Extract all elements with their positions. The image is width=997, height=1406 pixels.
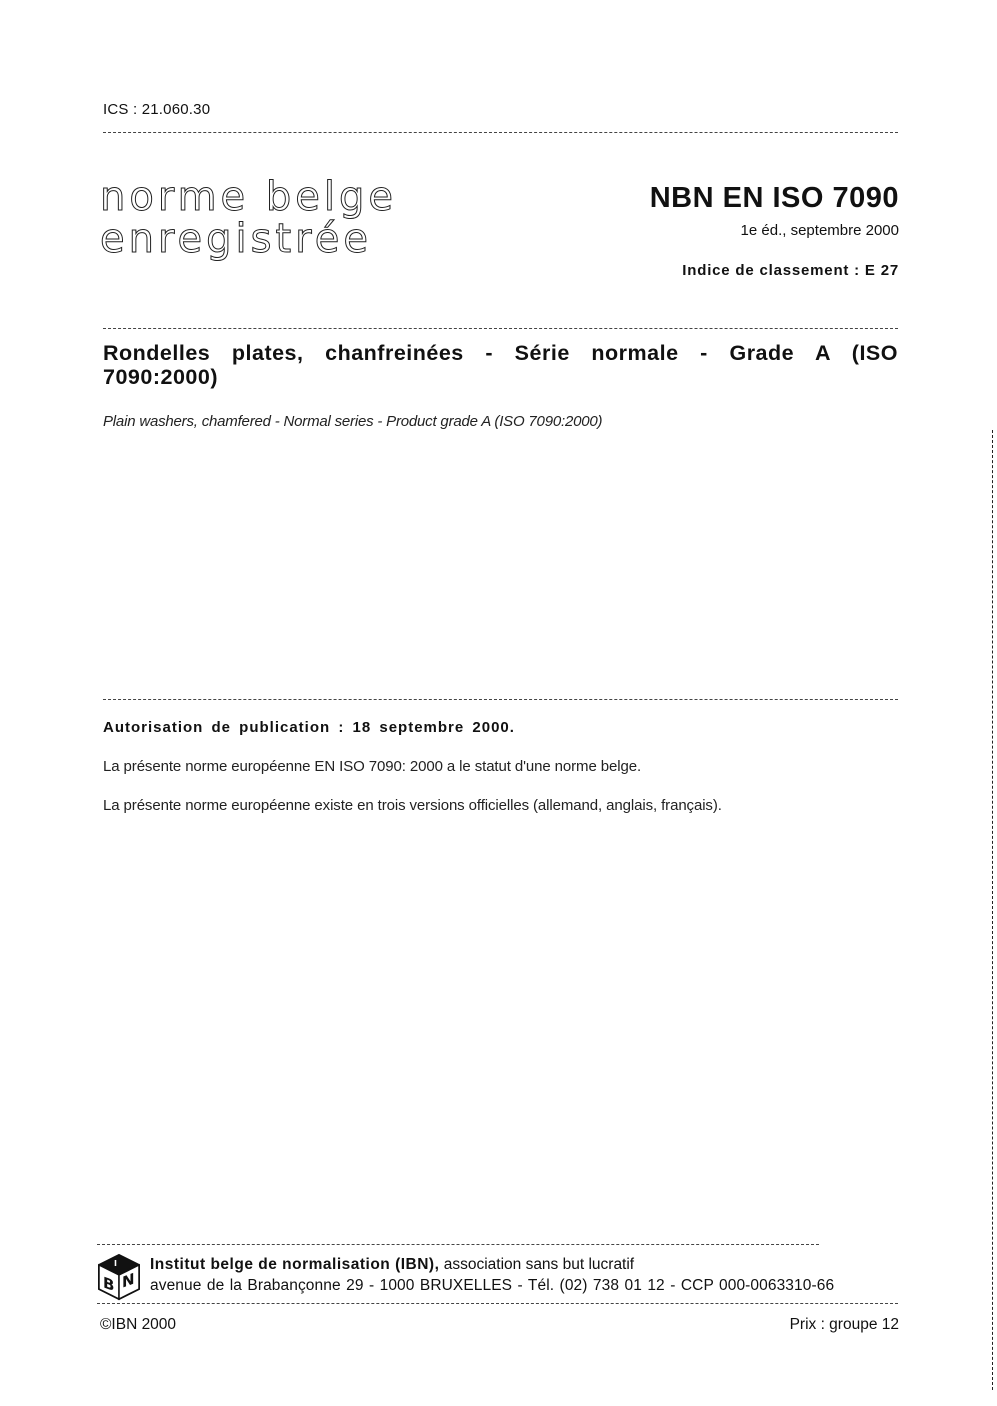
- organization-description: association sans but lucratif: [439, 1256, 634, 1273]
- publication-rule: [103, 699, 898, 700]
- organization-name: Institut belge de normalisation (IBN),: [150, 1256, 439, 1273]
- label-line-2: enregistrée: [100, 218, 397, 260]
- ibn-cube-logo-icon: B N I: [97, 1253, 141, 1301]
- versions-paragraph: La présente norme européenne existe en t…: [103, 797, 722, 814]
- scan-edge-line: [992, 430, 993, 1390]
- classification-index: Indice de classement : E 27: [682, 262, 899, 279]
- label-line-1: norme belge: [100, 176, 397, 218]
- footer-bottom-rule: [97, 1303, 898, 1304]
- svg-text:I: I: [114, 1259, 117, 1268]
- header-rule: [103, 132, 898, 133]
- copyright: ©IBN 2000: [100, 1316, 176, 1334]
- price-group: Prix : groupe 12: [790, 1316, 899, 1334]
- status-paragraph: La présente norme européenne EN ISO 7090…: [103, 758, 641, 775]
- publication-authorization: Autorisation de publication : 18 septemb…: [103, 719, 515, 736]
- organization-address: avenue de la Brabançonne 29 - 1000 BRUXE…: [150, 1277, 834, 1295]
- edition: 1e éd., septembre 2000: [741, 222, 899, 239]
- title-rule: [103, 328, 898, 329]
- authorization-label: Autorisation de publication :: [103, 719, 344, 736]
- footer-top-rule: [97, 1244, 819, 1245]
- title-english: Plain washers, chamfered - Normal series…: [103, 413, 602, 430]
- norme-belge-label: norme belge enregistrée: [100, 176, 397, 260]
- title-french: Rondelles plates, chanfreinées - Série n…: [103, 341, 898, 389]
- authorization-date: 18 septembre 2000.: [353, 719, 515, 736]
- ics-code: ICS : 21.060.30: [103, 101, 210, 118]
- standard-code: NBN EN ISO 7090: [650, 182, 899, 215]
- organization-line: Institut belge de normalisation (IBN), a…: [150, 1256, 634, 1274]
